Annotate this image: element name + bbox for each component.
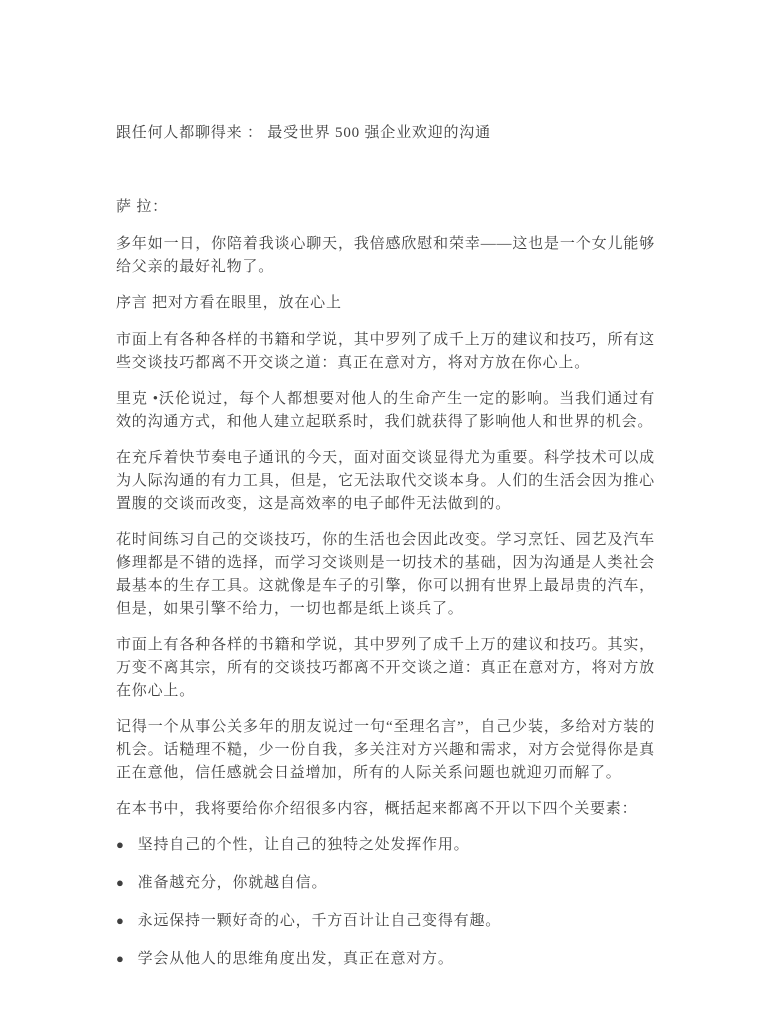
preface-heading: 序言 把对方看在眼里，放在心上	[116, 292, 655, 315]
document-page: 跟任何人都聊得来 ： 最受世界 500 强企业欢迎的沟通 萨 拉： 多年如一日，…	[0, 0, 768, 1024]
paragraph-practice-conversation: 花时间练习自己的交谈技巧，你的生活也会因此改变。学习烹饪、园艺及汽车修理都是不错…	[116, 529, 655, 621]
list-item: ● 坚持自己的个性，让自己的独特之处发挥作用。	[116, 834, 655, 856]
paragraph-electronic-communication: 在充斥着快节奏电子通讯的今天，面对面交谈显得尤为重要。科学技术可以成为人际沟通的…	[116, 447, 655, 516]
list-item: ● 准备越充分，你就越自信。	[116, 872, 655, 894]
paragraph-four-key-elements-intro: 在本书中，我将要给你介绍很多内容，概括起来都离不开以下四个关要素：	[116, 798, 655, 821]
bullet-icon: ●	[116, 910, 125, 932]
bullet-icon: ●	[116, 948, 125, 970]
bullet-icon: ●	[116, 872, 125, 894]
paragraph-rick-warren-quote: 里克 •沃伦说过，每个人都想要对他人的生命产生一定的影响。当我们通过有效的沟通方…	[116, 388, 655, 434]
paragraph-pr-friend: 记得一个从事公关多年的朋友说过一句“至理名言”，自己少装，多给对方装的机会。话糙…	[116, 716, 655, 785]
paragraph-books-and-theories: 市面上有各种各样的书籍和学说，其中罗列了成千上万的建议和技巧，所有这些交谈技巧都…	[116, 329, 655, 375]
bullet-text: 学会从他人的思维角度出发，真正在意对方。	[138, 948, 655, 970]
list-item: ● 永远保持一颗好奇的心，千方百计让自己变得有趣。	[116, 910, 655, 932]
bullet-text: 永远保持一颗好奇的心，千方百计让自己变得有趣。	[138, 910, 655, 932]
book-title: 跟任何人都聊得来 ： 最受世界 500 强企业欢迎的沟通	[116, 122, 655, 145]
dedication-paragraph: 多年如一日，你陪着我谈心聊天，我倍感欣慰和荣幸——这也是一个女儿能够给父亲的最好…	[116, 233, 655, 279]
bullet-text: 坚持自己的个性，让自己的独特之处发挥作用。	[138, 834, 655, 856]
bullet-text: 准备越充分，你就越自信。	[138, 872, 655, 894]
list-item: ● 学会从他人的思维角度出发，真正在意对方。	[116, 948, 655, 970]
paragraph-books-repeat: 市面上有各种各样的书籍和学说，其中罗列了成千上万的建议和技巧。其实，万变不离其宗…	[116, 634, 655, 703]
key-points-list: ● 坚持自己的个性，让自己的独特之处发挥作用。 ● 准备越充分，你就越自信。 ●…	[116, 834, 655, 970]
bullet-icon: ●	[116, 834, 125, 856]
salutation: 萨 拉：	[116, 196, 655, 219]
